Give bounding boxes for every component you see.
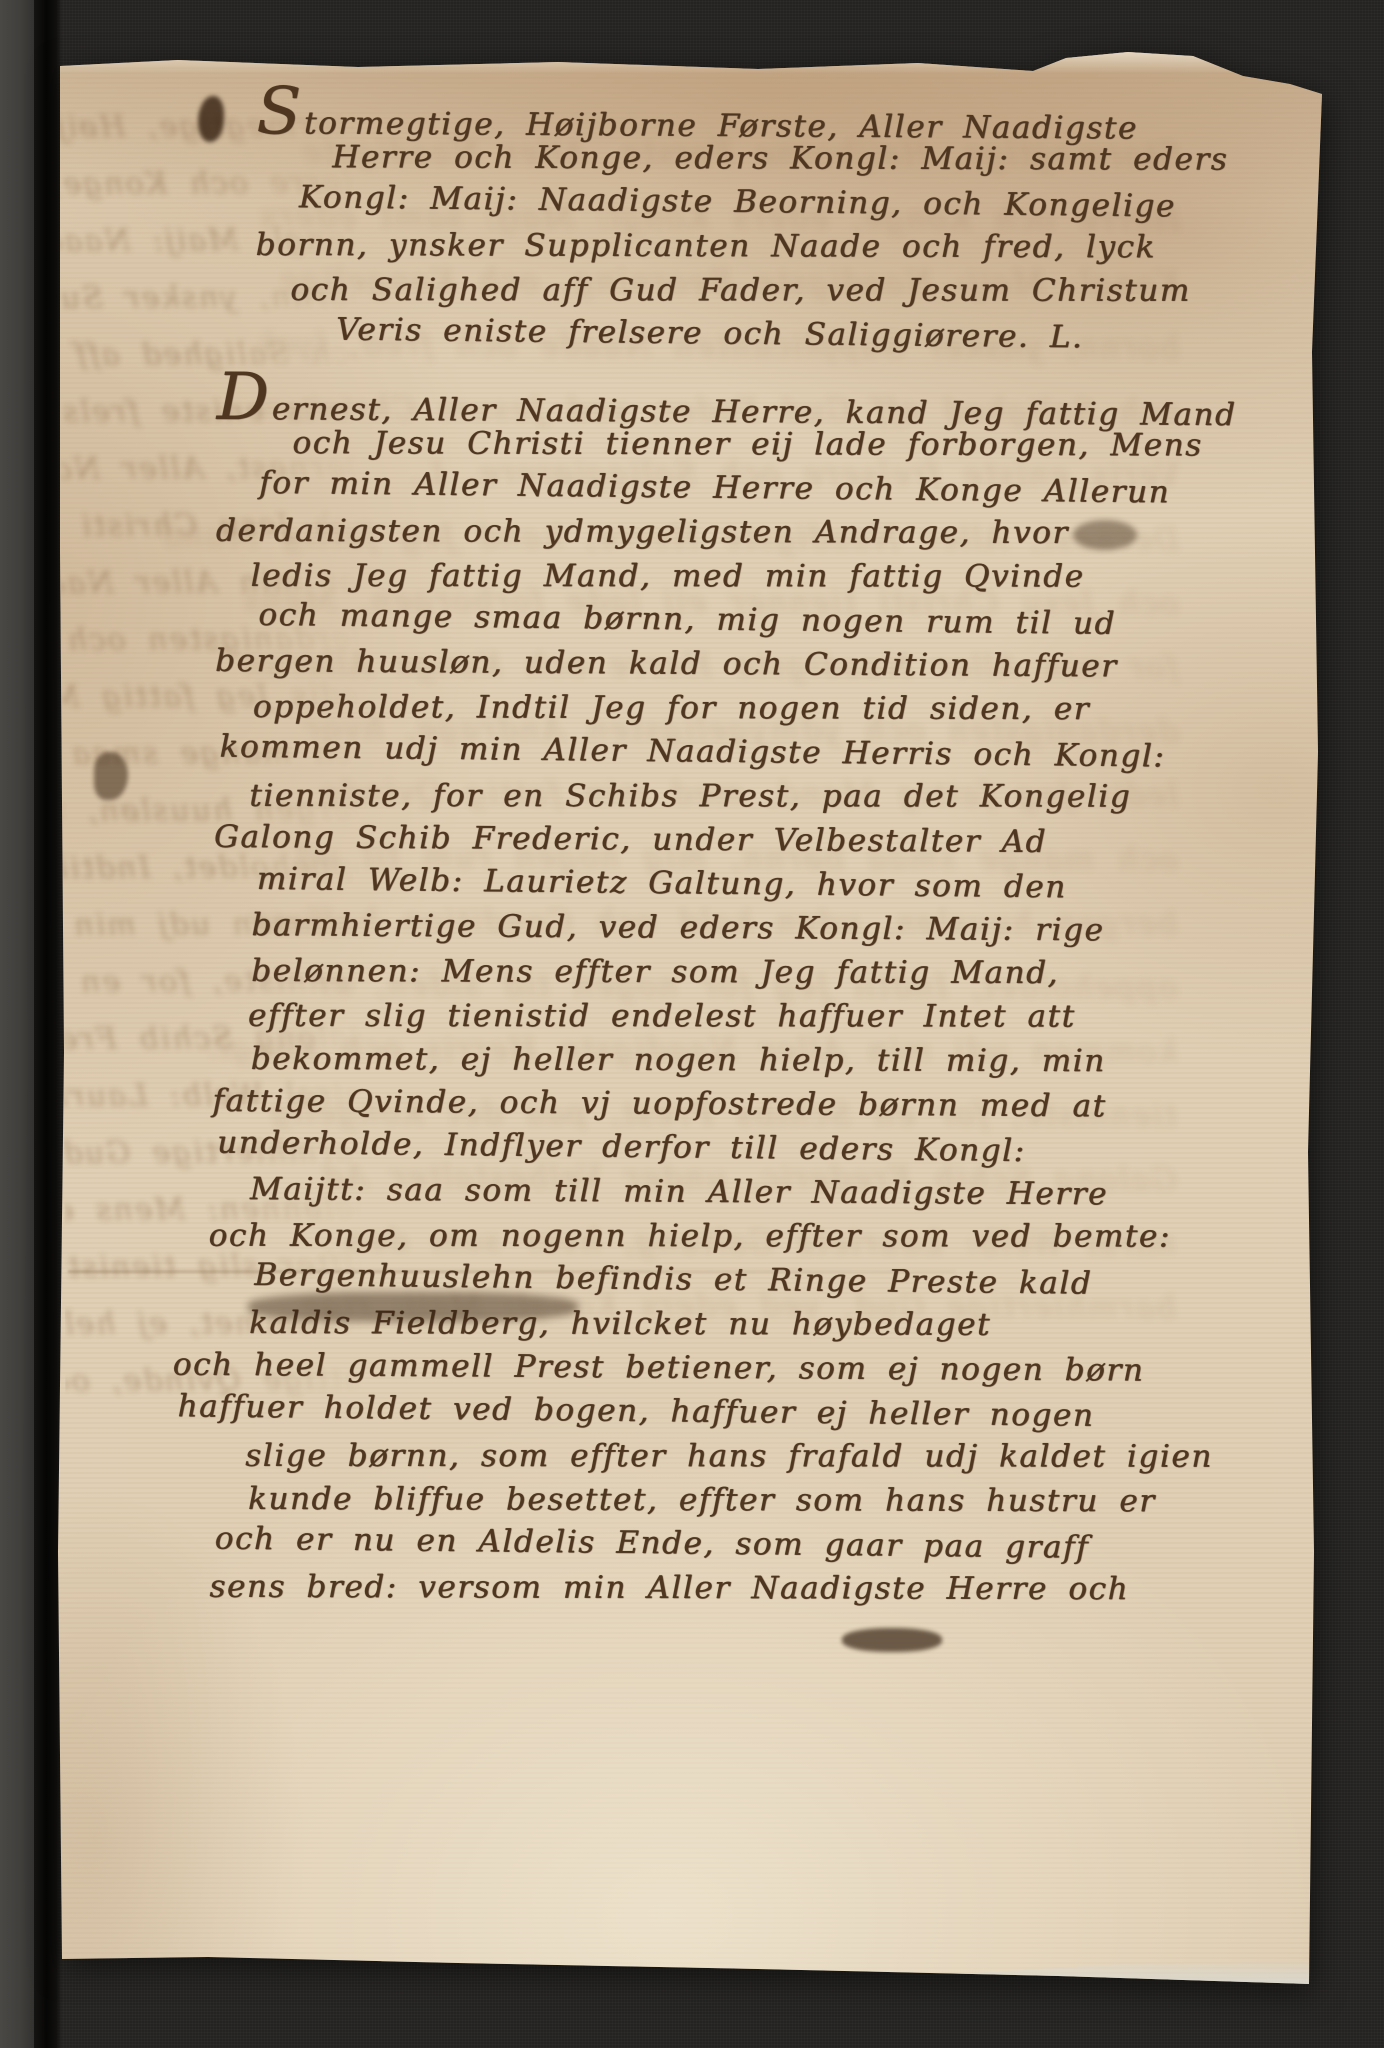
manuscript-line: effter slig tienistid endelest haffuer I… bbox=[248, 994, 1286, 1039]
handwritten-text: Stormegtige, Høijborne Første, Aller Naa… bbox=[145, 89, 1294, 1614]
ink-strikethrough-blot bbox=[842, 1628, 942, 1652]
manuscript-page-wrap: Stormegtige, Høijborne Første, Aller Naa… bbox=[58, 52, 1326, 1994]
manuscript-line: bergen huusløn, uden kald och Condition … bbox=[215, 639, 1291, 690]
manuscript-line: sens bred: versom min Aller Naadigste He… bbox=[209, 1565, 1285, 1612]
manuscript-line: tienniste, for en Schibs Prest, paa det … bbox=[249, 774, 1287, 819]
ink-blot bbox=[248, 1292, 578, 1322]
manuscript-line: haffuer holdet ved bogen, haffuer ej hel… bbox=[177, 1384, 1291, 1440]
manuscript-line: och er nu en Aldelis Ende, som gaar paa … bbox=[215, 1517, 1291, 1572]
manuscript-line: barmhiertige Gud, ved eders Kongl: Maij:… bbox=[251, 903, 1289, 953]
ink-blot bbox=[1073, 520, 1137, 550]
manuscript-line: for min Aller Naadigste Herre och Konge … bbox=[259, 461, 1297, 516]
manuscript-page: Stormegtige, Høijborne Første, Aller Naa… bbox=[58, 52, 1326, 1994]
manuscript-line: och Jesu Christi tienner eij lade forbor… bbox=[292, 421, 1292, 468]
manuscript-line: bornn, ynsker Supplicanten Naade och fre… bbox=[256, 223, 1294, 270]
paper-deckle-edge-right bbox=[1312, 984, 1324, 1955]
manuscript-line: och Konge, om nogenn hielp, effter som v… bbox=[209, 1214, 1285, 1259]
manuscript-line: Maijtt: saa som till min Aller Naadigste… bbox=[250, 1167, 1288, 1217]
paper-deckle-edge-bottom bbox=[58, 1958, 1326, 1988]
manuscript-line: oppeholdet, Indtil Jeg for nogen tid sid… bbox=[253, 685, 1291, 732]
manuscript-line: Dernest, Aller Naadigste Herre, kand Jeg… bbox=[217, 375, 1293, 426]
manuscript-line: och Salighed aff Gud Fader, ved Jesum Ch… bbox=[290, 268, 1290, 313]
manuscript-line: Stormegtige, Høijborne Første, Aller Naa… bbox=[256, 89, 1294, 139]
manuscript-line: Kongl: Maij: Naadigste Beorning, och Kon… bbox=[299, 175, 1299, 229]
manuscript-line: Veris eniste frelsere och Saliggiørere. … bbox=[336, 308, 1298, 362]
manuscript-line: ledis Jeg fattig Mand, med min fattig Qv… bbox=[251, 554, 1289, 599]
manuscript-line: slige børnn, som effter hans frafald udj… bbox=[245, 1434, 1283, 1479]
manuscript-line: Herre och Konge, eders Kongl: Maij: samt… bbox=[332, 135, 1294, 182]
manuscript-line: kunde bliffue besettet, effter som hans … bbox=[248, 1477, 1286, 1524]
paragraph: Stormegtige, Høijborne Første, Aller Naa… bbox=[153, 89, 1295, 360]
paper-top-edge bbox=[58, 52, 1326, 74]
binding-edge bbox=[0, 0, 34, 2048]
manuscript-line: belønnen: Mens effter som Jeg fattig Man… bbox=[251, 949, 1289, 996]
manuscript-line: kommen udj min Aller Naadigste Herris oc… bbox=[219, 725, 1295, 780]
manuscript-line: bekommet, ej heller nogen hielp, till mi… bbox=[251, 1037, 1289, 1084]
paragraph: Dernest, Aller Naadigste Herre, kand Jeg… bbox=[145, 375, 1293, 1614]
